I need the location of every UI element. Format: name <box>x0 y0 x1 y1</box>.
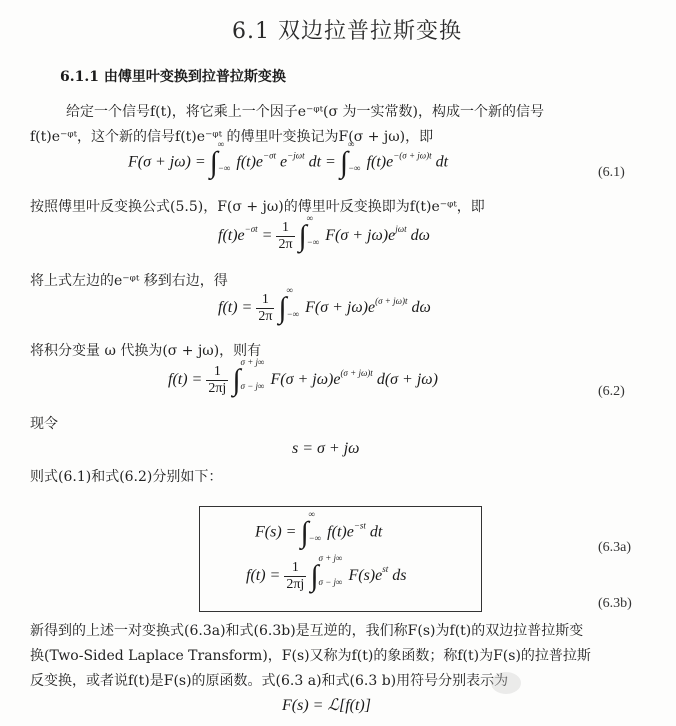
paragraph-6: 则式(6.1)和式(6.2)分别如下： <box>30 466 222 486</box>
equation-6-3b: f(t) = 12πj ∫σ + j∞σ − j∞ F(s)est ds <box>246 560 406 593</box>
paragraph-2: 按照傅里叶反变换公式(5.5)，F(σ + jω)的傅里叶反变换即为f(t)e⁻… <box>30 196 485 216</box>
paragraph-5: 现令 <box>30 413 58 433</box>
equation-6-1: F(σ + jω) = ∫∞−∞ f(t)e−σt e−jωt dt = ∫∞−… <box>128 148 448 178</box>
equation-inverse-fourier: f(t)e−σt = 12π ∫∞−∞ F(σ + jω)ejωt dω <box>218 220 430 253</box>
paragraph-7-line-3: 反变换，或者说f(t)是F(s)的原函数。式(6.3 a)和式(6.3 b)用符… <box>30 670 508 690</box>
watermark-smudge <box>491 672 521 694</box>
section-title: 6.1 双边拉普拉斯变换 <box>232 14 462 45</box>
equation-number-6-3b: (6.3b) <box>598 596 632 612</box>
paragraph-4: 将积分变量 ω 代换为(σ + jω)，则有 <box>30 340 261 360</box>
subsection-title: 6.1.1 由傅里叶变换到拉普拉斯变换 <box>60 66 286 86</box>
paragraph-7-line-2: 换(Two-Sided Laplace Transform)，F(s)又称为f(… <box>30 645 591 665</box>
equation-6-2: f(t) = 12πj ∫σ + j∞σ − j∞ F(σ + jω)e(σ +… <box>168 364 438 397</box>
paragraph-1-line-2: f(t)e⁻ᵠᵗ，这个新的信号f(t)e⁻ᵠᵗ 的傅里叶变换记为F(σ + jω… <box>30 126 433 146</box>
equation-number-6-1: (6.1) <box>598 165 625 181</box>
paragraph-1-line-1: 给定一个信号f(t)，将它乘上一个因子e⁻ᵠᵗ(σ 为一实常数)，构成一个新的信… <box>66 101 544 121</box>
equation-s-definition: s = σ + jω <box>292 440 359 458</box>
equation-number-6-2: (6.2) <box>598 384 625 400</box>
equation-f-t: f(t) = 12π ∫∞−∞ F(σ + jω)e(σ + jω)t dω <box>218 292 431 325</box>
equation-laplace-notation: F(s) = ℒ[f(t)] <box>282 695 371 715</box>
equation-number-6-3a: (6.3a) <box>598 540 631 556</box>
equation-6-3a: F(s) = ∫∞−∞ f(t)e−st dt <box>255 518 382 548</box>
paragraph-3: 将上式左边的e⁻ᵠᵗ 移到右边，得 <box>30 270 228 290</box>
paragraph-7-line-1: 新得到的上述一对变换式(6.3a)和式(6.3b)是互逆的，我们称F(s)为f(… <box>30 620 583 640</box>
